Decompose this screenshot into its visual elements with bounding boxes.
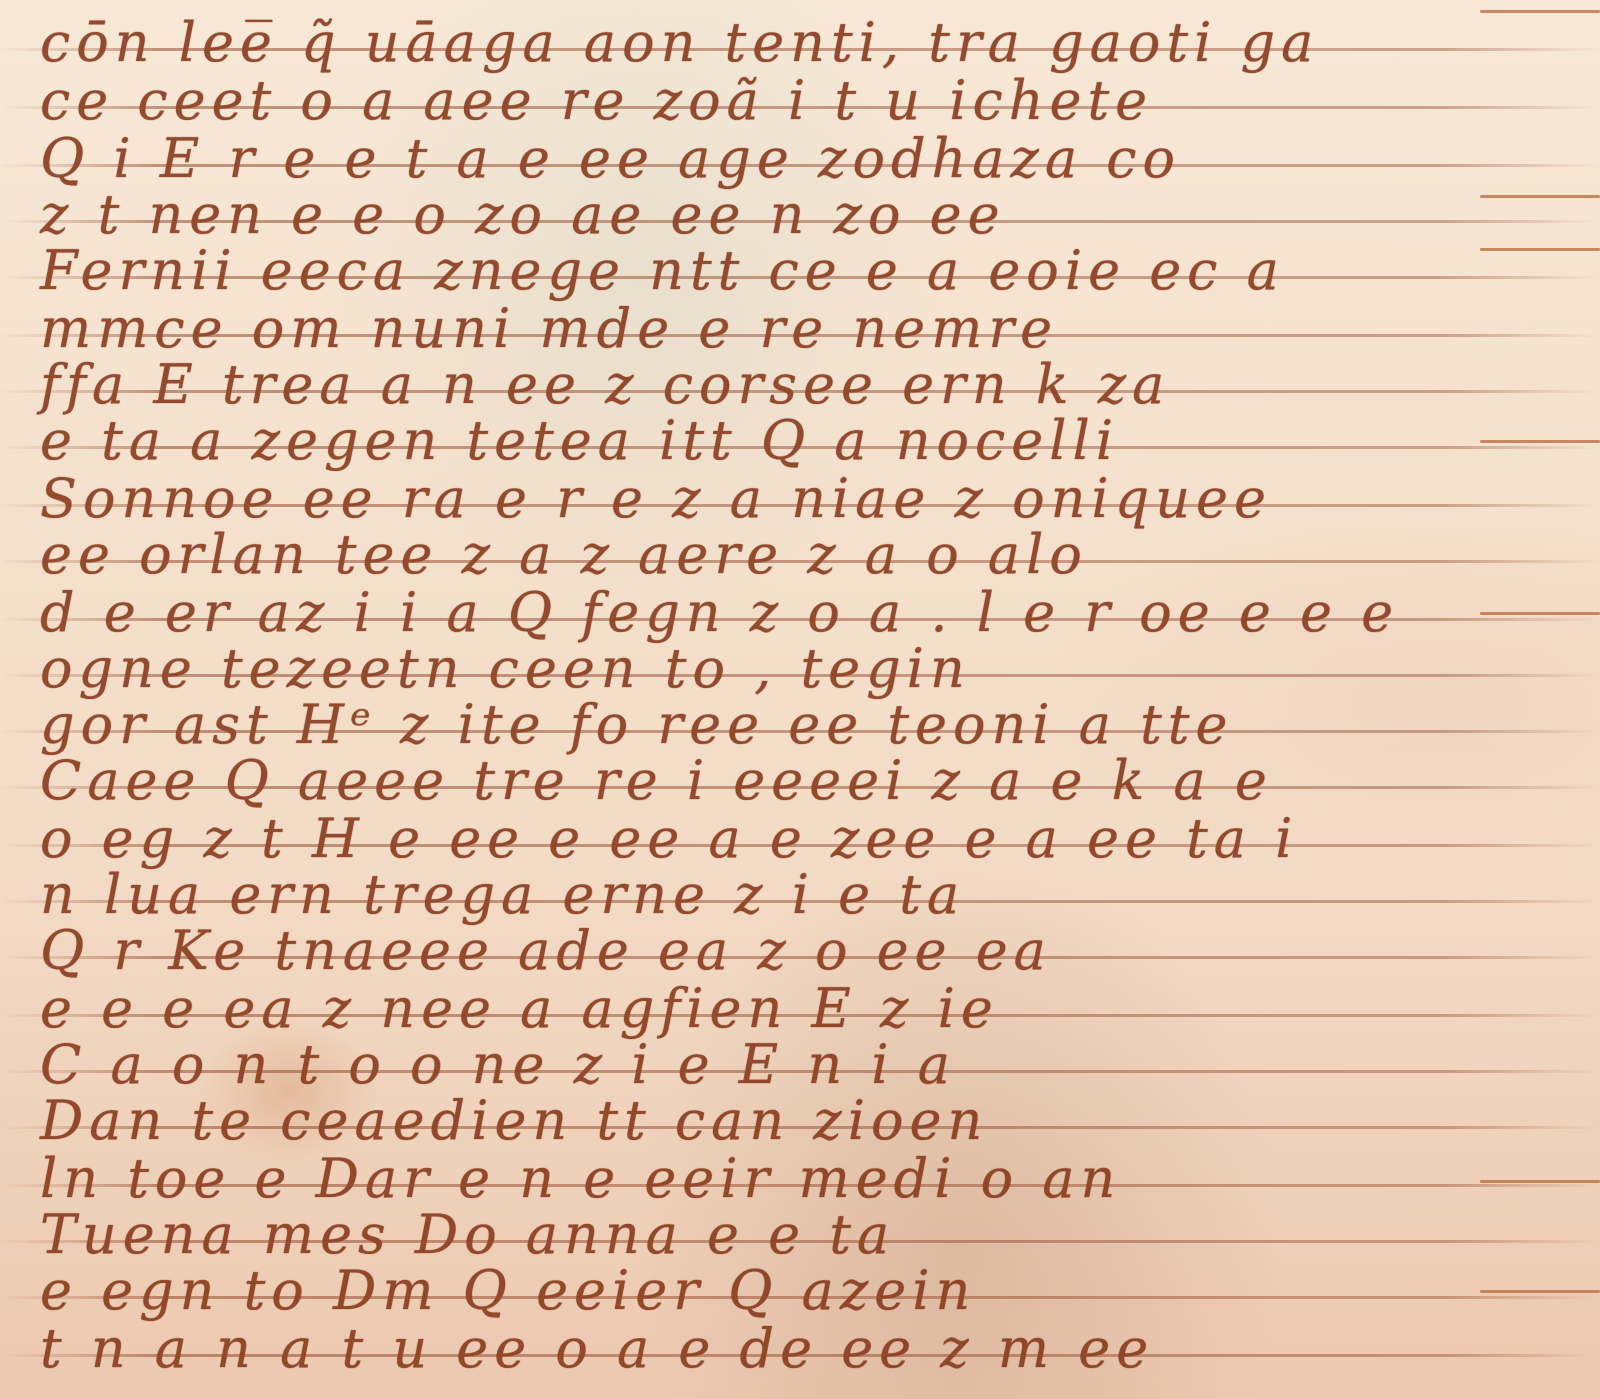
manuscript-line: Dan te ceaedien tt can zioen <box>40 1092 1580 1150</box>
manuscript-line: Q i E r e e t a e ee age zodhaza co <box>40 130 1580 188</box>
manuscript-line: C a o n t o o ne z i e E n i a <box>40 1036 1580 1094</box>
manuscript-line: e egn to Dm Q eeier Q azein <box>40 1262 1580 1320</box>
manuscript-line: t n a n a t u ee o a e de ee z m ee <box>40 1320 1580 1378</box>
manuscript-line: z t nen e e o zo ae ee n zo ee <box>40 186 1580 244</box>
manuscript-line: o eg z t H e ee e ee a e zee e a ee ta i <box>40 810 1580 868</box>
margin-flourish <box>1480 1290 1600 1293</box>
manuscript-line: e e e ea z nee a agfien E z ie <box>40 980 1580 1038</box>
margin-flourish <box>1480 612 1600 615</box>
manuscript-line: Tuena mes Do anna e e ta <box>40 1206 1580 1264</box>
manuscript-page: cōn lee̅ q̃ uāaga aon tenti, tra gaoti g… <box>0 0 1600 1399</box>
manuscript-line: Sonnoe ee ra e r e z a niae z oniquee <box>40 470 1580 528</box>
manuscript-line: mmce om nuni mde e re nemre <box>40 300 1580 358</box>
margin-flourish <box>1480 248 1600 251</box>
manuscript-line: n lua ern trega erne z i e ta <box>40 866 1580 924</box>
manuscript-line: ee orlan tee z a z aere z a o alo <box>40 526 1580 584</box>
manuscript-line: gor ast Hᵉ z ite fo ree ee teoni a tte <box>40 696 1580 754</box>
manuscript-line: Caee Q aeee tre re i eeeei z a e k a e <box>40 752 1580 810</box>
margin-flourish <box>1480 195 1600 198</box>
manuscript-line: d e er az i i a Q fegn z o a . l e r oe … <box>40 584 1580 642</box>
manuscript-line: cōn lee̅ q̃ uāaga aon tenti, tra gaoti g… <box>40 14 1580 72</box>
margin-flourish <box>1480 1180 1600 1183</box>
manuscript-line: ogne tezeetn ceen to , tegin <box>40 640 1580 698</box>
manuscript-line: e ta a zegen tetea itt Q a nocelli <box>40 412 1580 470</box>
manuscript-line: Q r Ke tnaeee ade ea z o ee ea <box>40 922 1580 980</box>
margin-flourish <box>1480 10 1600 13</box>
manuscript-line: ln toe e Dar e n e eeir medi o an <box>40 1150 1580 1208</box>
margin-flourish <box>1480 440 1600 443</box>
manuscript-line: ffa E trea a n ee z corsee ern k za <box>40 356 1580 414</box>
manuscript-line: ce ceet o a aee re zoã i t u ichete <box>40 72 1580 130</box>
manuscript-line: Fernii eeca znege ntt ce e a eoie ec a <box>40 242 1580 300</box>
